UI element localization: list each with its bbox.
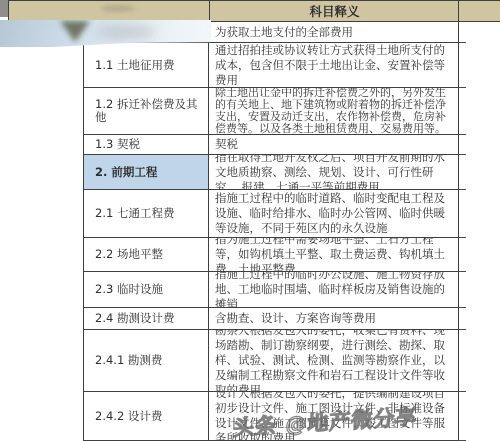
row-desc-text: 指为施工过程中需要场地平整、土石方工程等，如钩机填土平整、取土费运费、钩机填土费… <box>215 238 454 271</box>
table-row: 2.4 勘测设计费 含勘查、设计、方案咨询等费用 <box>84 308 458 330</box>
row-desc-text: 指在取得土地开发权之后、项目开发前期的水文地质勘察、测绘、规划、设计、可行性研究… <box>215 155 454 189</box>
row-label-cell: 1.3 契税 <box>84 135 209 154</box>
table-header-row: 科目释义 <box>8 0 500 22</box>
row-label-cell: 1.1 土地征用费 <box>84 43 209 87</box>
table-row: 2.4.1 勘测费 勘察人根据发包人的委托，收集已有资料、现场踏勘、制订勘察纲要… <box>84 330 458 392</box>
cost-subject-definition-table-screenshot: 科目释义 为获取土地支付的全部费用 1.1 土地征用费 通过招拍挂或协议转让方式… <box>0 0 500 441</box>
table-row: 1.3 契税 契税 <box>84 135 458 155</box>
row-desc-cell: 指为施工过程中需要场地平整、土石方工程等，如钩机填土平整、取土费运费、钩机填土费… <box>209 238 458 271</box>
blur-triangle-smudge <box>60 21 90 42</box>
row-desc-cell: 契税 <box>209 135 458 154</box>
row-desc-text: 除土地出让金中的拆迁补偿费之外的，另外发生的有关地上、地下建筑物或附着物的拆迁补… <box>215 88 454 134</box>
table-row: 2.2 场地平整 指为施工过程中需要场地平整、土石方工程等，如钩机填土平整、取土… <box>84 238 458 272</box>
row-desc-text: 指施工过程中的临时办公设施、施工物资存放地、工地临时围墙、临时样板房及销售设施的… <box>215 272 454 307</box>
table-right-border <box>458 0 459 441</box>
row-desc-cell: 指在取得土地开发权之后、项目开发前期的水文地质勘察、测绘、规划、设计、可行性研究… <box>209 155 458 189</box>
table-row: 1.2 拆迁补偿费及其他 除土地出让金中的拆迁补偿费之外的，另外发生的有关地上、… <box>84 88 458 135</box>
row-desc-cell: 含勘查、设计、方案咨询等费用 <box>209 308 458 329</box>
header-cell-extra <box>459 1 500 21</box>
row-desc-text: 通过招拍挂或协议转让方式获得土地所支付的成本，包含但不限于土地出让金、安置补偿等… <box>215 43 454 87</box>
row-label-cell: 2.2 场地平整 <box>84 238 209 271</box>
row-label-cell: 2. 前期工程 <box>84 155 209 189</box>
row-label-cell: 2.1 七通工程费 <box>84 190 209 237</box>
row-desc-cell: 为获取土地支付的全部费用 <box>209 22 458 42</box>
table-row: 2.1 七通工程费 指施工过程中的临时道路、临时变配电工程及设施、临时给排水、临… <box>84 190 458 238</box>
row-desc-cell: 勘察人根据发包人的委托，收集已有资料、现场踏勘、制订勘察纲要，进行测绘、勘探、取… <box>209 330 458 391</box>
blurred-header-text-smudge <box>101 5 135 12</box>
row-desc-text: 含勘查、设计、方案咨询等费用 <box>215 311 376 326</box>
row-desc-cell: 除土地出让金中的拆迁补偿费之外的，另外发生的有关地上、地下建筑物或附着物的拆迁补… <box>209 88 458 134</box>
row-label-cell: 2.3 临时设施 <box>84 272 209 307</box>
row-desc-cell: 指施工过程中的临时办公设施、施工物资存放地、工地临时围墙、临时样板房及销售设施的… <box>209 272 458 307</box>
header-cell-subject <box>9 1 209 21</box>
table-body: 为获取土地支付的全部费用 1.1 土地征用费 通过招拍挂或协议转让方式获得土地所… <box>83 22 458 441</box>
row-desc-text: 指施工过程中的临时道路、临时变配电工程及设施、临时给排水、临时办公管网、临时供暖… <box>215 191 454 236</box>
blur-soft-smudge <box>96 25 156 39</box>
row-desc-cell: 指施工过程中的临时道路、临时变配电工程及设施、临时给排水、临时办公管网、临时供暖… <box>209 190 458 237</box>
row-label-cell: 1.2 拆迁补偿费及其他 <box>84 88 209 134</box>
table-row-highlighted: 2. 前期工程 指在取得土地开发权之后、项目开发前期的水文地质勘察、测绘、规划、… <box>84 155 458 190</box>
row-label-cell: 2.4.2 设计费 <box>84 392 209 440</box>
header-meaning-label: 科目释义 <box>309 2 359 20</box>
row-label-cell: 2.4.1 勘测费 <box>84 330 209 391</box>
row-desc-text: 勘察人根据发包人的委托，收集已有资料、现场踏勘、制订勘察纲要，进行测绘、勘探、取… <box>215 330 454 391</box>
header-cell-meaning: 科目释义 <box>209 1 459 21</box>
table-row: 2.3 临时设施 指施工过程中的临时办公设施、施工物资存放地、工地临时围墙、临时… <box>84 272 458 308</box>
row-label-cell: 2.4 勘测设计费 <box>84 308 209 329</box>
table-row: 1.1 土地征用费 通过招拍挂或协议转让方式获得土地所支付的成本，包含但不限于土… <box>84 43 458 88</box>
row-desc-text: 为获取土地支付的全部费用 <box>215 25 353 40</box>
row-desc-cell: 通过招拍挂或协议转让方式获得土地所支付的成本，包含但不限于土地出让金、安置补偿等… <box>209 43 458 87</box>
row-desc-text: 契税 <box>215 137 238 152</box>
